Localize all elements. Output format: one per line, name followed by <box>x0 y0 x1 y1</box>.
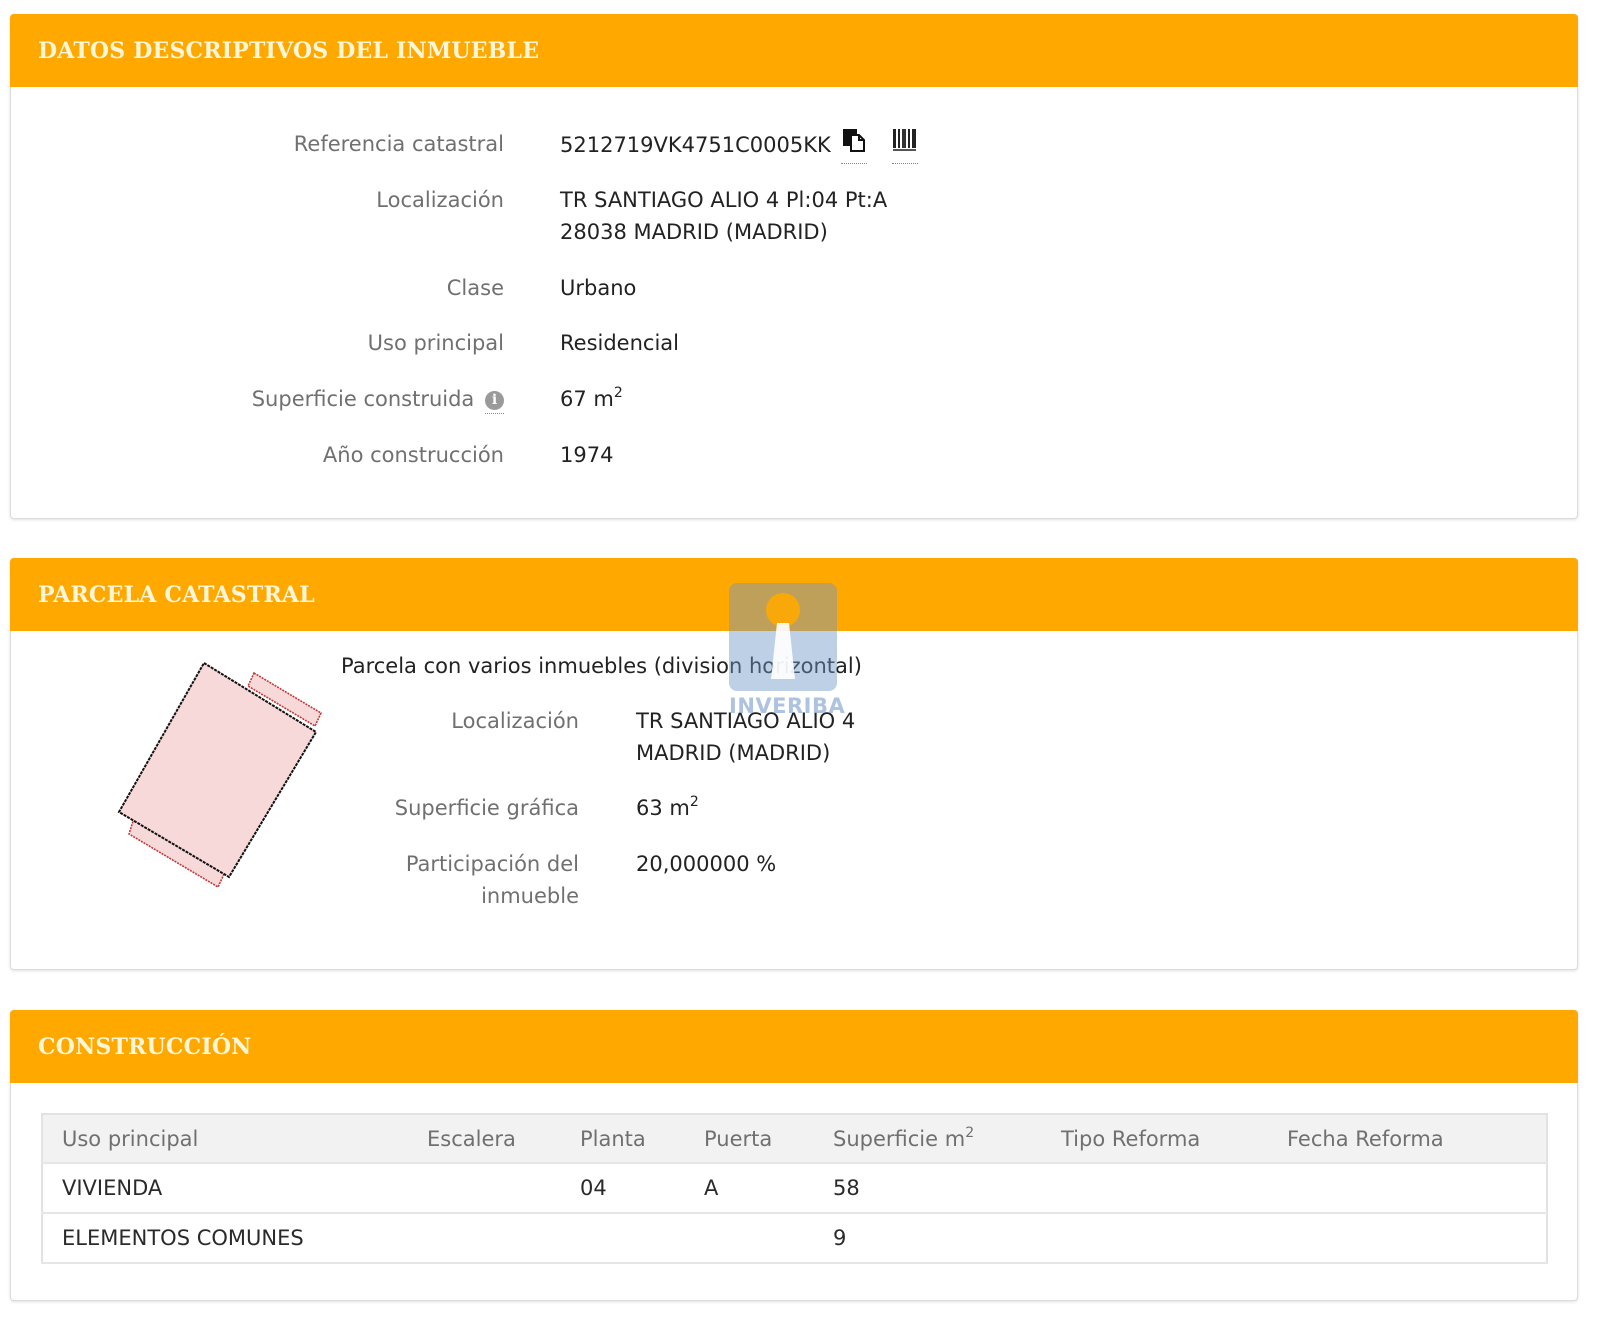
unit-superscript: 2 <box>614 385 623 401</box>
panel-title: PARCELA CATASTRAL <box>38 582 315 608</box>
superficie-construida-text: Superficie construida <box>252 387 475 411</box>
table-cell: 9 <box>814 1213 1042 1263</box>
column-header-text: Superficie m <box>833 1127 965 1151</box>
referencia-label: Referencia catastral <box>11 128 504 160</box>
clase-value: Urbano <box>560 272 636 304</box>
column-header: Uso principal <box>42 1114 408 1163</box>
participacion-label-line2: inmueble <box>11 880 579 912</box>
referencia-value: 5212719VK4751C0005KK <box>560 133 831 157</box>
construccion-table: Uso principal Escalera Planta Puerta Sup… <box>41 1113 1548 1264</box>
table-cell <box>561 1213 685 1263</box>
panel-title: CONSTRUCCIÓN <box>38 1034 252 1060</box>
column-header: Puerta <box>685 1114 814 1163</box>
uso-principal-label: Uso principal <box>11 327 504 359</box>
table-cell: 04 <box>561 1163 685 1213</box>
parcela-localizacion-line2: MADRID (MADRID) <box>636 737 855 769</box>
anio-construccion-value: 1974 <box>560 439 613 471</box>
unit-superscript: 2 <box>690 794 699 810</box>
panel-title: DATOS DESCRIPTIVOS DEL INMUEBLE <box>38 38 539 64</box>
localizacion-line2: 28038 MADRID (MADRID) <box>560 216 887 248</box>
table-cell <box>1042 1213 1268 1263</box>
uso-principal-value: Residencial <box>560 327 679 359</box>
info-tooltip-trigger[interactable]: i <box>485 387 504 414</box>
superficie-construida-label: Superficie construida i <box>11 383 504 415</box>
column-header: Fecha Reforma <box>1268 1114 1547 1163</box>
panel-header: DATOS DESCRIPTIVOS DEL INMUEBLE <box>10 14 1578 87</box>
panel-header: CONSTRUCCIÓN <box>10 1010 1578 1083</box>
localizacion-line1: TR SANTIAGO ALIO 4 Pl:04 Pt:A <box>560 184 887 216</box>
table-cell <box>685 1213 814 1263</box>
table-cell <box>1268 1163 1547 1213</box>
column-header: Escalera <box>408 1114 561 1163</box>
superficie-construida-number: 67 m <box>560 387 614 411</box>
table-cell: VIVIENDA <box>42 1163 408 1213</box>
construccion-panel: CONSTRUCCIÓN Uso principal Escalera Plan… <box>10 1010 1578 1301</box>
anio-construccion-label: Año construcción <box>11 439 504 471</box>
table-cell: 58 <box>814 1163 1042 1213</box>
table-header-row: Uso principal Escalera Planta Puerta Sup… <box>42 1114 1547 1163</box>
table-cell <box>408 1213 561 1263</box>
participacion-label-line1: Participación del <box>11 848 579 880</box>
unit-superscript: 2 <box>965 1125 974 1141</box>
column-header: Planta <box>561 1114 685 1163</box>
table-row: VIVIENDA04A58 <box>42 1163 1547 1213</box>
superficie-grafica-label: Superficie gráfica <box>11 792 579 824</box>
superficie-grafica-value: 63 m2 <box>636 792 699 824</box>
column-header: Tipo Reforma <box>1042 1114 1268 1163</box>
column-header: Superficie m2 <box>814 1114 1042 1163</box>
watermark-text: INVERIBA <box>729 694 841 718</box>
barcode-icon[interactable] <box>892 128 918 164</box>
referencia-value-row: 5212719VK4751C0005KK <box>560 128 918 164</box>
localizacion-value: TR SANTIAGO ALIO 4 Pl:04 Pt:A 28038 MADR… <box>560 184 887 248</box>
participacion-label: Participación del inmueble <box>11 848 579 912</box>
table-row: ELEMENTOS COMUNES9 <box>42 1213 1547 1263</box>
info-icon[interactable]: i <box>485 391 504 410</box>
clase-label: Clase <box>11 272 504 304</box>
keyhole-icon <box>729 583 837 691</box>
localizacion-label: Localización <box>11 184 504 216</box>
superficie-construida-value: 67 m2 <box>560 383 623 415</box>
parcela-localizacion-label: Localización <box>11 705 579 737</box>
datos-descriptivos-panel: DATOS DESCRIPTIVOS DEL INMUEBLE Referenc… <box>10 14 1578 519</box>
table-cell: ELEMENTOS COMUNES <box>42 1213 408 1263</box>
table-cell <box>1268 1213 1547 1263</box>
participacion-value: 20,000000 % <box>636 848 776 880</box>
superficie-grafica-number: 63 m <box>636 796 690 820</box>
table-cell: A <box>685 1163 814 1213</box>
watermark-logo <box>729 583 837 691</box>
copy-icon[interactable] <box>841 128 867 164</box>
table-cell <box>1042 1163 1268 1213</box>
table-cell <box>408 1163 561 1213</box>
